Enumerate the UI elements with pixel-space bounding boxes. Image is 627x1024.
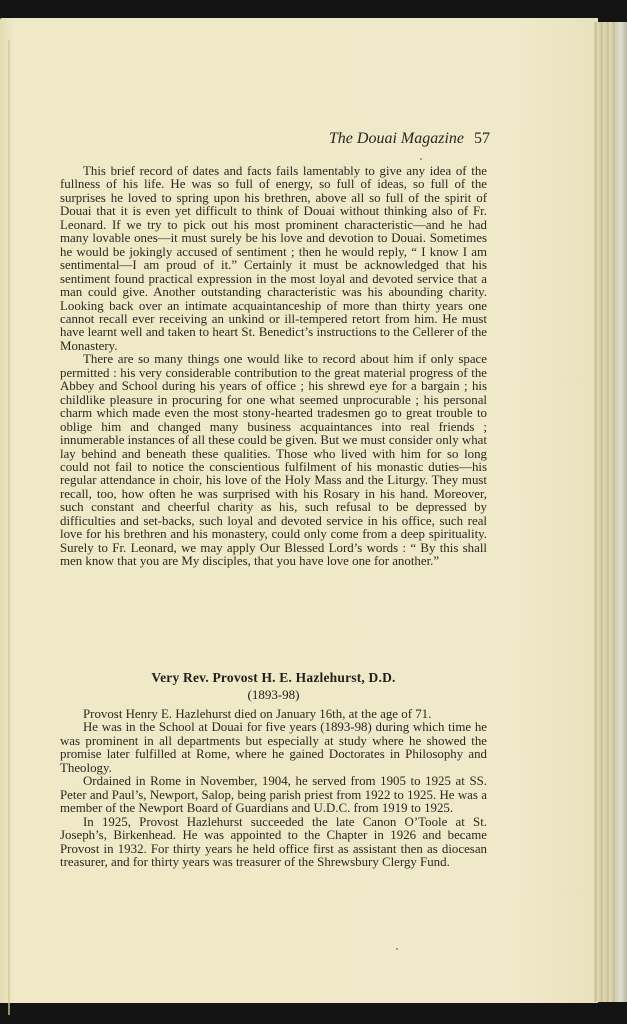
paragraph: Provost Henry E. Hazlehurst died on Janu… <box>60 708 487 721</box>
book-page: The Douai Magazine57 This brief record o… <box>0 18 598 1003</box>
page-edge-highlight <box>615 22 627 1002</box>
paragraph: Ordained in Rome in November, 1904, he s… <box>60 775 487 815</box>
magazine-title: The Douai Magazine <box>329 130 464 147</box>
paragraph: In 1925, Provost Hazlehurst succeeded th… <box>60 816 487 870</box>
paragraph: This brief record of dates and facts fai… <box>60 165 487 353</box>
page-number: 57 <box>474 130 490 147</box>
page-gutter <box>8 40 10 1015</box>
obituary-continuation: This brief record of dates and facts fai… <box>60 165 487 569</box>
obituary-years: (1893-98) <box>60 687 487 703</box>
obituary-body: Provost Henry E. Hazlehurst died on Janu… <box>60 708 487 869</box>
paragraph: There are so many things one would like … <box>60 353 487 568</box>
obituary-title: Very Rev. Provost H. E. Hazlehurst, D.D. <box>60 670 487 686</box>
paper-speck <box>396 948 398 950</box>
paper-speck <box>420 158 422 160</box>
paragraph: He was in the School at Douai for five y… <box>60 721 487 775</box>
page-edges <box>594 22 627 1002</box>
obituary-heading: Very Rev. Provost H. E. Hazlehurst, D.D.… <box>60 670 487 703</box>
running-head: The Douai Magazine57 <box>300 130 490 148</box>
